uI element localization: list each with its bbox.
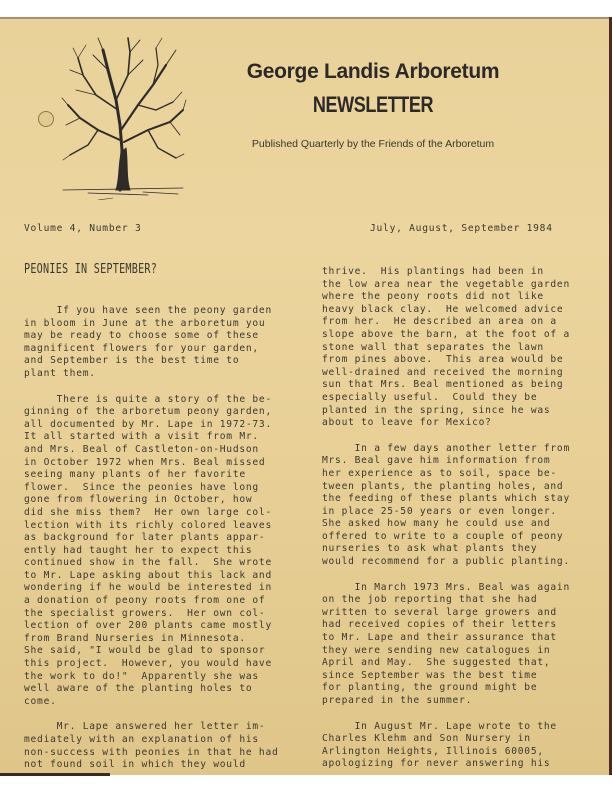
article-paragraph: Mr. Lape answered her letter im- mediate… (24, 721, 314, 771)
masthead-tagline: Published Quarterly by the Friends of th… (228, 138, 518, 150)
issue-volume: Volume 4, Number 3 (24, 223, 141, 236)
masthead-title: George Landis Arboretum (228, 60, 518, 84)
article-paragraph: In a few days another letter from Mrs. B… (322, 443, 612, 569)
article-right-column: thrive. His plantings had been in the lo… (322, 266, 612, 784)
article-paragraph: thrive. His plantings had been in the lo… (322, 266, 612, 430)
masthead-subtitle: NEWSLETTER (254, 92, 492, 118)
issue-date: July, August, September 1984 (370, 223, 553, 236)
article-paragraph: In March 1973 Mrs. Beal was again on the… (322, 582, 612, 708)
article-left-column: If you have seen the peony garden in blo… (24, 305, 314, 785)
bare-tree-icon (58, 30, 188, 200)
article-headline: PEONIES IN SEPTEMBER? (24, 262, 157, 277)
article-paragraph: There is quite a story of the be- ginnin… (24, 394, 314, 709)
page-edge (0, 17, 612, 19)
article-paragraph: In August Mr. Lape wrote to the Charles … (322, 721, 612, 771)
article-paragraph: If you have seen the peony garden in blo… (24, 305, 314, 381)
punch-hole-icon (38, 111, 54, 127)
